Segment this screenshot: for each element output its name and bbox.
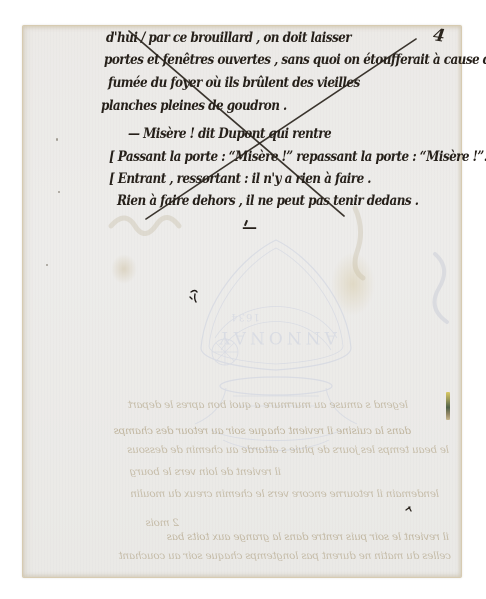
- manuscript-line: [ Entrant , ressortant : il n'y a rien à…: [109, 170, 371, 187]
- paper-stain: [111, 254, 137, 284]
- ink-dot: [46, 264, 48, 266]
- bleedthrough-line: il revient de loin vers le bourg: [61, 466, 281, 478]
- bleedthrough-line: celles du matin ne durent pas longtemps …: [71, 550, 451, 562]
- bleedthrough-line: le beau temps les jours de pluie s attar…: [119, 444, 449, 456]
- bleedthrough-line: il revient le soir puis rentre dans la g…: [119, 531, 449, 543]
- page-number: 4: [432, 25, 447, 46]
- bleedthrough-line: legend s amuse au murmure a quoi bon apr…: [123, 399, 408, 411]
- watermark-name-text: ANNONAY: [215, 327, 338, 347]
- manuscript-line: — Misère ! dit Dupont qui rentre: [128, 125, 331, 142]
- coloured-fibre-speck: [446, 392, 450, 420]
- scanned-manuscript-image: ANNONAY 1634 4 d'hui / par ce brouillard…: [0, 0, 486, 599]
- manuscript-line: d'hui / par ce brouillard , on doit lais…: [106, 29, 351, 46]
- manuscript-line: portes et fenêtres ouvertes , sans quoi …: [104, 51, 486, 68]
- paper-stain: [331, 252, 375, 316]
- bleedthrough-line: dans la cuisine il revient chaque soir a…: [111, 425, 411, 437]
- bleedthrough-line: lendemain il retourne encore vers le che…: [119, 488, 439, 500]
- manuscript-line: [ Passant la porte : “Misère !” repassan…: [109, 148, 486, 165]
- ink-dot: [333, 84, 336, 86]
- ink-dot: [58, 191, 60, 193]
- ink-dot: [56, 138, 58, 141]
- manuscript-page: ANNONAY 1634 4 d'hui / par ce brouillard…: [22, 25, 462, 578]
- manuscript-line: Rien à faire dehors , il ne peut pas ten…: [117, 192, 418, 209]
- manuscript-line: planches pleines de goudron .: [101, 97, 287, 114]
- manuscript-line: fumée du foyer où ils brûlent des vieill…: [108, 74, 360, 91]
- watermark-year-text: 1634: [230, 311, 259, 322]
- bleedthrough-line: 2 mois: [119, 517, 179, 529]
- ink-speck-mark: [404, 504, 414, 514]
- section-separator-mark: —: [242, 218, 256, 236]
- ink-scribble-mark: [187, 288, 203, 306]
